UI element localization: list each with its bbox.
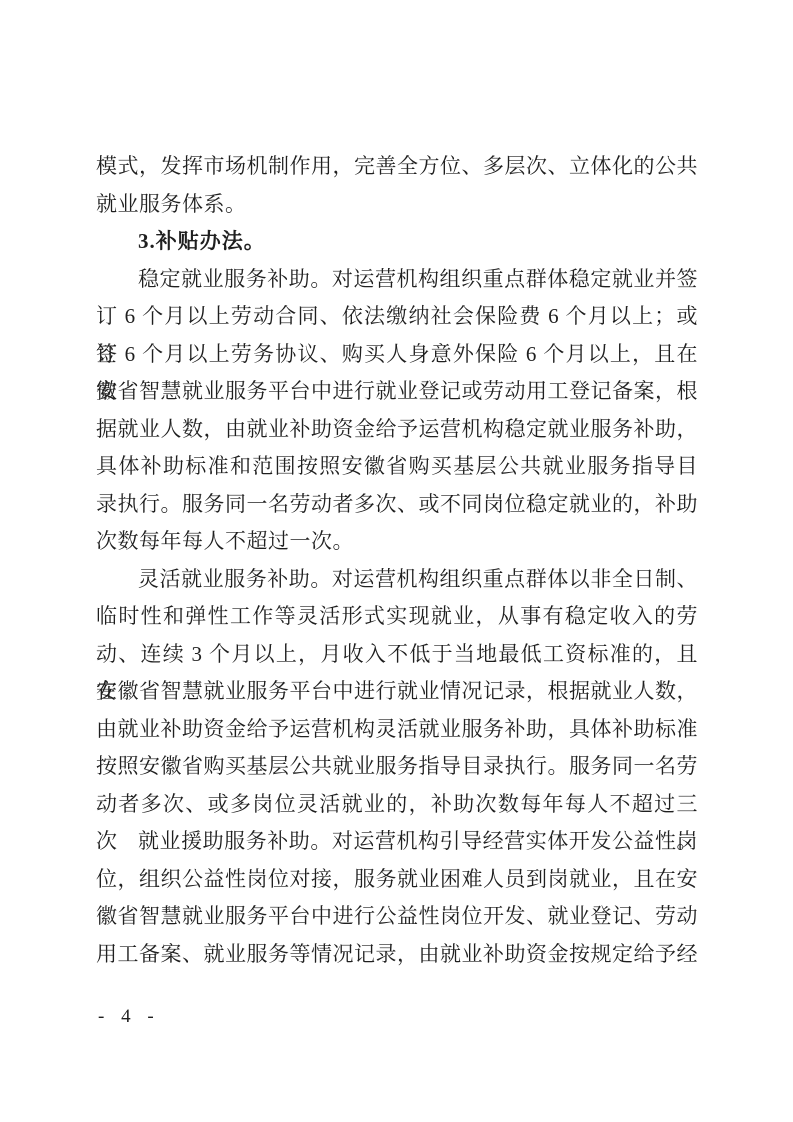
document-text-block: 模式，发挥市场机制作用，完善全方位、多层次、立体化的公共 就业服务体系。 3.补… [96, 148, 698, 973]
text-line: 临时性和弹性工作等灵活形式实现就业，从事有稳定收入的劳 [96, 598, 698, 636]
text-line: 动者多次、或多岗位灵活就业的，补助次数每年每人不超过三次。 [96, 786, 698, 824]
text-line: 安徽省智慧就业服务平台中进行就业情况记录，根据就业人数， [96, 673, 698, 711]
text-line: 位，组织公益性岗位对接，服务就业困难人员到岗就业，且在安 [96, 861, 698, 899]
section-heading: 3.补贴办法。 [96, 223, 698, 261]
text-line: 就业援助服务补助。对运营机构引导经营实体开发公益性岗 [96, 823, 698, 861]
text-line: 次数每年每人不超过一次。 [96, 523, 698, 561]
text-line: 用工备案、就业服务等情况记录，由就业补助资金按规定给予经 [96, 936, 698, 974]
text-line: 录执行。服务同一名劳动者多次、或不同岗位稳定就业的，补助 [96, 486, 698, 524]
document-page: 模式，发挥市场机制作用，完善全方位、多层次、立体化的公共 就业服务体系。 3.补… [0, 0, 793, 1122]
text-line: 按照安徽省购买基层公共就业服务指导目录执行。服务同一名劳 [96, 748, 698, 786]
text-line: 灵活就业服务补助。对运营机构组织重点群体以非全日制、 [96, 561, 698, 599]
text-line: 由就业补助资金给予运营机构灵活就业服务补助，具体补助标准 [96, 711, 698, 749]
text-line: 订 6 个月以上劳动合同、依法缴纳社会保险费 6 个月以上；或签 [96, 298, 698, 336]
text-line: 具体补助标准和范围按照安徽省购买基层公共就业服务指导目 [96, 448, 698, 486]
text-line: 徽省智慧就业服务平台中进行公益性岗位开发、就业登记、劳动 [96, 898, 698, 936]
text-line: 订 6 个月以上劳务协议、购买人身意外保险 6 个月以上，且在安 [96, 336, 698, 374]
text-line: 据就业人数，由就业补助资金给予运营机构稳定就业服务补助， [96, 411, 698, 449]
text-line: 动、连续 3 个月以上，月收入不低于当地最低工资标准的，且在 [96, 636, 698, 674]
text-line: 模式，发挥市场机制作用，完善全方位、多层次、立体化的公共 [96, 148, 698, 186]
text-line: 稳定就业服务补助。对运营机构组织重点群体稳定就业并签 [96, 261, 698, 299]
page-number: - 4 - [98, 1003, 160, 1031]
text-line: 徽省智慧就业服务平台中进行就业登记或劳动用工登记备案，根 [96, 373, 698, 411]
text-line: 就业服务体系。 [96, 186, 698, 224]
